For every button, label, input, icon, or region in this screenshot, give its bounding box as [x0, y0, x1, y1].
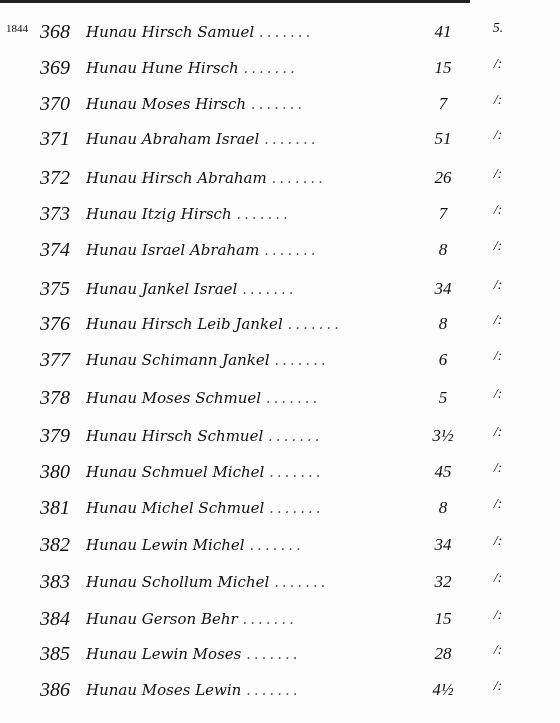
- table-row: 370Hunau Moses Hirsch .......7/:: [0, 86, 560, 122]
- entry-mark: /:: [478, 564, 518, 594]
- table-row: 368Hunau Hirsch Samuel .......415.: [0, 14, 560, 50]
- top-rule: [0, 0, 470, 3]
- table-row: 376Hunau Hirsch Leib Jankel .......8/:: [0, 306, 560, 342]
- table-row: 380Hunau Schmuel Michel .......45/:: [0, 454, 560, 490]
- entry-age: 51: [424, 121, 462, 157]
- register-page: 1844 368Hunau Hirsch Samuel .......415. …: [0, 0, 560, 723]
- entry-name: Hunau Moses Hirsch .......: [86, 86, 416, 122]
- entry-mark: 5.: [478, 14, 518, 44]
- entry-name: Hunau Jankel Israel .......: [86, 271, 416, 307]
- entry-mark: /:: [478, 672, 518, 702]
- entry-age: 8: [424, 490, 462, 526]
- entry-mark: /:: [478, 86, 518, 116]
- entry-number: 373: [40, 196, 74, 232]
- entry-age: 6: [424, 342, 462, 378]
- entry-number: 386: [40, 672, 74, 708]
- entry-age: 41: [424, 14, 462, 50]
- entry-age: 32: [424, 564, 462, 600]
- entry-name: Hunau Hune Hirsch .......: [86, 50, 416, 86]
- entry-name: Hunau Hirsch Abraham .......: [86, 160, 416, 196]
- entry-mark: /:: [478, 418, 518, 448]
- table-row: 378Hunau Moses Schmuel .......5/:: [0, 380, 560, 416]
- entry-number: 381: [40, 490, 74, 526]
- entry-mark: /:: [478, 196, 518, 226]
- entry-number: 374: [40, 232, 74, 268]
- entry-name: Hunau Michel Schmuel .......: [86, 490, 416, 526]
- entry-name: Hunau Moses Schmuel .......: [86, 380, 416, 416]
- entry-number: 375: [40, 271, 74, 307]
- table-row: 373Hunau Itzig Hirsch .......7/:: [0, 196, 560, 232]
- table-row: 386Hunau Moses Lewin .......4½/:: [0, 672, 560, 708]
- table-row: 369Hunau Hune Hirsch .......15/:: [0, 50, 560, 86]
- entry-age: 34: [424, 527, 462, 563]
- entry-age: 15: [424, 601, 462, 637]
- entry-number: 378: [40, 380, 74, 416]
- entry-number: 369: [40, 50, 74, 86]
- entry-age: 7: [424, 86, 462, 122]
- entry-name: Hunau Israel Abraham .......: [86, 232, 416, 268]
- table-row: 372Hunau Hirsch Abraham .......26/:: [0, 160, 560, 196]
- entry-name: Hunau Gerson Behr .......: [86, 601, 416, 637]
- entry-mark: /:: [478, 601, 518, 631]
- entry-age: 34: [424, 271, 462, 307]
- entry-number: 371: [40, 121, 74, 157]
- entry-number: 372: [40, 160, 74, 196]
- table-row: 374Hunau Israel Abraham .......8/:: [0, 232, 560, 268]
- entry-mark: /:: [478, 306, 518, 336]
- entry-name: Hunau Hirsch Samuel .......: [86, 14, 416, 50]
- entry-age: 15: [424, 50, 462, 86]
- table-row: 375Hunau Jankel Israel .......34/:: [0, 271, 560, 307]
- entry-age: 4½: [424, 672, 462, 708]
- table-row: 379Hunau Hirsch Schmuel .......3½/:: [0, 418, 560, 454]
- entry-age: 3½: [424, 418, 462, 454]
- entry-mark: /:: [478, 271, 518, 301]
- entry-mark: /:: [478, 342, 518, 372]
- entry-age: 7: [424, 196, 462, 232]
- entry-number: 380: [40, 454, 74, 490]
- entry-number: 382: [40, 527, 74, 563]
- entry-name: Hunau Abraham Israel .......: [86, 121, 416, 157]
- entry-name: Hunau Schollum Michel .......: [86, 564, 416, 600]
- entry-mark: /:: [478, 454, 518, 484]
- table-row: 377Hunau Schimann Jankel .......6/:: [0, 342, 560, 378]
- entry-name: Hunau Hirsch Schmuel .......: [86, 418, 416, 454]
- entry-age: 5: [424, 380, 462, 416]
- entry-mark: /:: [478, 160, 518, 190]
- entry-mark: /:: [478, 527, 518, 557]
- entry-mark: /:: [478, 380, 518, 410]
- table-row: 384Hunau Gerson Behr .......15/:: [0, 601, 560, 637]
- entry-number: 379: [40, 418, 74, 454]
- table-row: 371Hunau Abraham Israel .......51/:: [0, 121, 560, 157]
- entry-mark: /:: [478, 50, 518, 80]
- entry-name: Hunau Schmuel Michel .......: [86, 454, 416, 490]
- entry-number: 376: [40, 306, 74, 342]
- entry-number: 385: [40, 636, 74, 672]
- entry-number: 383: [40, 564, 74, 600]
- entry-number: 368: [40, 14, 74, 50]
- entry-name: Hunau Schimann Jankel .......: [86, 342, 416, 378]
- entry-name: Hunau Itzig Hirsch .......: [86, 196, 416, 232]
- entry-mark: /:: [478, 490, 518, 520]
- entry-number: 377: [40, 342, 74, 378]
- entry-age: 8: [424, 306, 462, 342]
- entry-age: 26: [424, 160, 462, 196]
- table-row: 382Hunau Lewin Michel .......34/:: [0, 527, 560, 563]
- entry-number: 370: [40, 86, 74, 122]
- entry-mark: /:: [478, 636, 518, 666]
- entry-age: 45: [424, 454, 462, 490]
- entry-mark: /:: [478, 121, 518, 151]
- entry-mark: /:: [478, 232, 518, 262]
- entry-name: Hunau Hirsch Leib Jankel .......: [86, 306, 416, 342]
- entry-name: Hunau Lewin Moses .......: [86, 636, 416, 672]
- entry-name: Hunau Moses Lewin .......: [86, 672, 416, 708]
- entry-number: 384: [40, 601, 74, 637]
- entry-name: Hunau Lewin Michel .......: [86, 527, 416, 563]
- table-row: 383Hunau Schollum Michel .......32/:: [0, 564, 560, 600]
- entry-age: 8: [424, 232, 462, 268]
- table-row: 385Hunau Lewin Moses .......28/:: [0, 636, 560, 672]
- table-row: 381Hunau Michel Schmuel .......8/:: [0, 490, 560, 526]
- entry-age: 28: [424, 636, 462, 672]
